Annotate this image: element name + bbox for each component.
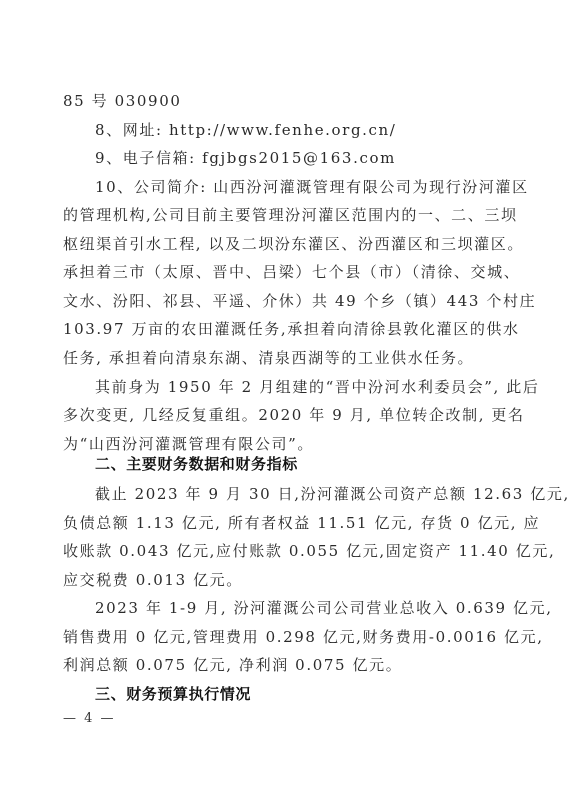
paragraph-line: 销售费用 0 亿元,管理费用 0.298 亿元,财务费用-0.0016 亿元, — [63, 627, 513, 647]
document-page: 85 号 0309008、网址: http://www.fenhe.org.cn… — [0, 0, 570, 796]
paragraph-line: 承担着三市（太原、晋中、吕梁）七个县（市）（清徐、交城、 — [63, 262, 513, 282]
paragraph-line: 103.97 万亩的农田灌溉任务,承担着向清徐县敦化灌区的供水 — [63, 319, 513, 339]
paragraph-line: 任务, 承担着向清泉东湖、清泉西湖等的工业供水任务。 — [63, 348, 513, 368]
paragraph-line: 收账款 0.043 亿元,应付账款 0.055 亿元,固定资产 11.40 亿元… — [63, 541, 513, 561]
paragraph-line: 利润总额 0.075 亿元, 净利润 0.075 亿元。 — [63, 655, 513, 675]
paragraph-line: 应交税费 0.013 亿元。 — [63, 570, 513, 590]
paragraph-line: 截止 2023 年 9 月 30 日,汾河灌溉公司资产总额 12.63 亿元, — [95, 484, 513, 504]
paragraph-line: 其前身为 1950 年 2 月组建的“晋中汾河水利委员会”, 此后 — [95, 377, 513, 397]
page-number: — 4 — — [63, 711, 116, 726]
section-heading-budget-execution: 三、财务预算执行情况 — [95, 684, 513, 704]
paragraph-line: 85 号 030900 — [63, 91, 513, 111]
paragraph-line: 为“山西汾河灌溉管理有限公司”。 — [63, 434, 513, 454]
section-heading-financial-data: 二、主要财务数据和财务指标 — [95, 454, 513, 474]
paragraph-line: 负债总额 1.13 亿元, 所有者权益 11.51 亿元, 存货 0 亿元, 应 — [63, 513, 513, 533]
paragraph-line: 9、电子信箱: fgjbgs2015@163.com — [95, 148, 513, 168]
paragraph-line: 8、网址: http://www.fenhe.org.cn/ — [95, 120, 513, 140]
paragraph-line: 2023 年 1-9 月, 汾河灌溉公司公司营业总收入 0.639 亿元, — [95, 598, 513, 618]
paragraph-line: 多次变更, 几经反复重组。2020 年 9 月, 单位转企改制, 更名 — [63, 405, 513, 425]
paragraph-line: 10、公司简介: 山西汾河灌溉管理有限公司为现行汾河灌区 — [95, 177, 513, 197]
paragraph-line: 的管理机构,公司目前主要管理汾河灌区范围内的一、二、三坝 — [63, 205, 513, 225]
paragraph-line: 枢纽渠首引水工程, 以及二坝汾东灌区、汾西灌区和三坝灌区。 — [63, 234, 513, 254]
paragraph-line: 文水、汾阳、祁县、平遥、介休）共 49 个乡（镇）443 个村庄 — [63, 291, 513, 311]
